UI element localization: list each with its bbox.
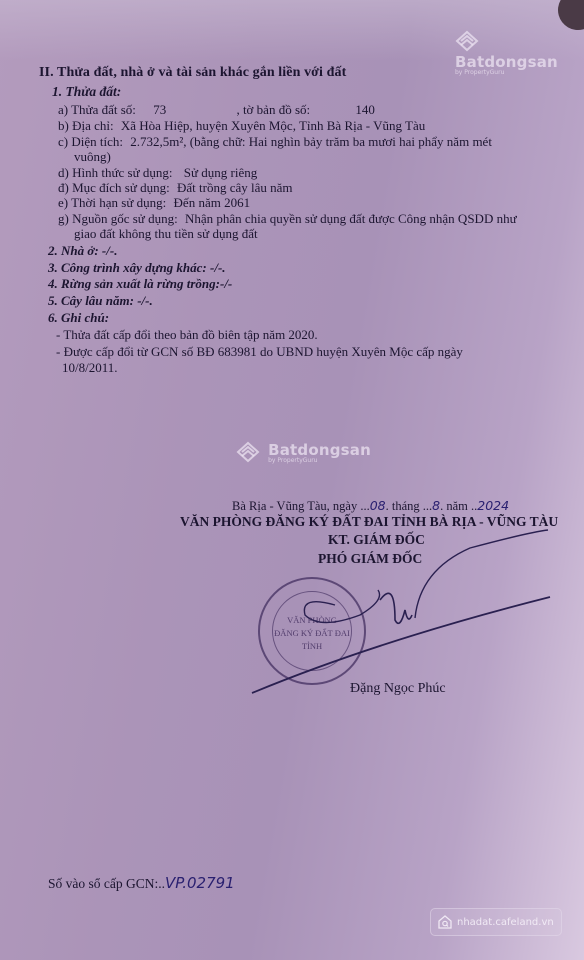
signer-name: Đặng Ngọc Phúc	[350, 681, 446, 697]
registry-value: VP.02791	[165, 874, 235, 892]
registry-label: Số vào sổ cấp GCN:..	[48, 876, 165, 891]
cafeland-watermark: nhadat.cafeland.vn	[430, 908, 562, 936]
registry-row: Số vào sổ cấp GCN:..VP.02791	[48, 874, 235, 892]
cafeland-text: nhadat.cafeland.vn	[457, 917, 554, 928]
document-photo: Batdongsan by PropertyGuru II. Thửa đất,…	[0, 0, 584, 960]
signature-strokes	[0, 0, 584, 960]
house-search-icon	[437, 914, 453, 930]
